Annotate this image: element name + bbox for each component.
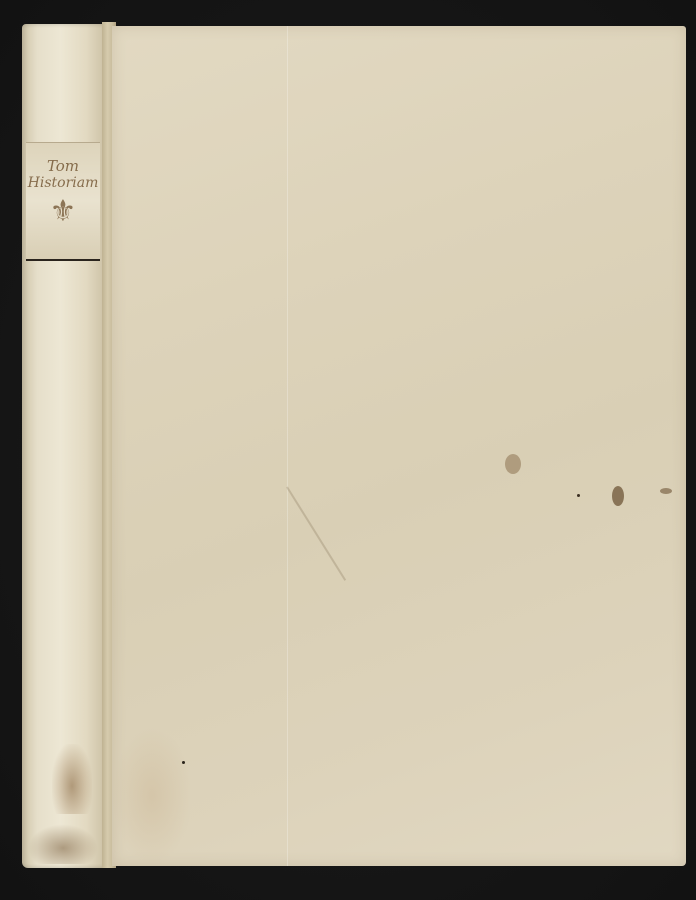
- spine-bottom-wear: [28, 824, 98, 864]
- book-spine: Tom Historiam ⚜: [22, 24, 108, 868]
- cover-scratch: [286, 486, 346, 580]
- book: Tom Historiam ⚜: [22, 22, 686, 870]
- foxing-spot: [660, 488, 672, 494]
- foxing-spot: [505, 454, 521, 474]
- spine-stain: [52, 744, 92, 814]
- ink-speck: [182, 761, 185, 764]
- foxing-spot: [612, 486, 624, 506]
- spine-label: Tom Historiam ⚜: [26, 142, 100, 261]
- spine-label-line-2: Historiam: [26, 175, 100, 191]
- front-cover: [112, 26, 686, 866]
- ink-speck: [577, 494, 580, 497]
- cover-crease: [287, 26, 288, 866]
- fleuron-ornament-icon: ⚜: [26, 195, 100, 229]
- spine-label-line-1: Tom: [26, 157, 100, 175]
- water-stain: [112, 726, 192, 866]
